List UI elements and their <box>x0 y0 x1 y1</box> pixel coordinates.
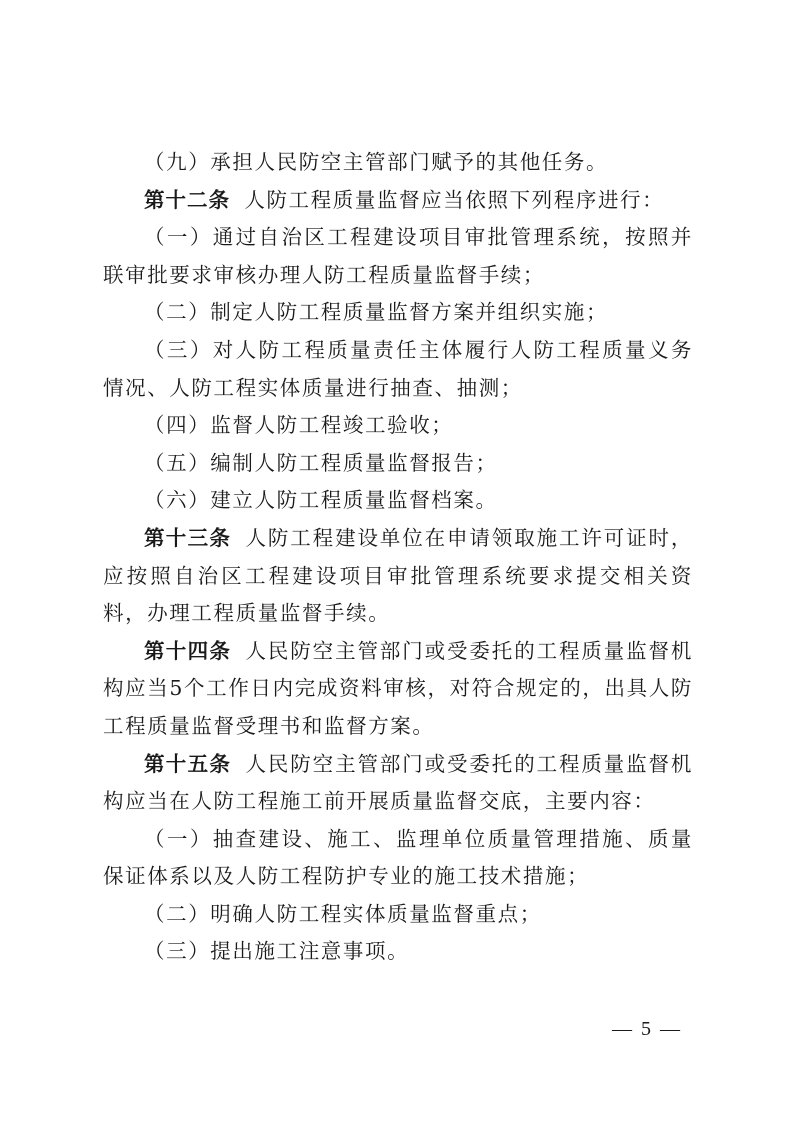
paragraph-item-6: （六）建立人防工程质量监督档案。 <box>103 482 693 520</box>
article-heading: 第十三条 <box>144 526 231 550</box>
article-heading: 第十二条 <box>144 188 230 212</box>
paragraph-item-2: （二）制定人防工程质量监督方案并组织实施； <box>103 294 693 332</box>
document-body: （九）承担人民防空主管部门赋予的其他任务。 第十二条人防工程质量监督应当依照下列… <box>103 144 693 971</box>
paragraph-item-9: （九）承担人民防空主管部门赋予的其他任务。 <box>103 144 693 182</box>
paragraph-item-4: （四）监督人防工程竣工验收； <box>103 407 693 445</box>
article-14: 第十四条人民防空主管部门或受委托的工程质量监督机构应当5个工作日内完成资料审核，… <box>103 633 693 746</box>
paragraph-text: （六）建立人防工程质量监督档案。 <box>144 488 498 512</box>
paragraph-item-2: （二）明确人防工程实体质量监督重点； <box>103 896 693 934</box>
paragraph-text: （四）监督人防工程竣工验收； <box>144 413 453 437</box>
paragraph-item-1: （一）抽查建设、施工、监理单位质量管理措施、质量保证体系以及人防工程防护专业的施… <box>103 821 693 896</box>
paragraph-text: （二）制定人防工程质量监督方案并组织实施； <box>144 300 608 324</box>
paragraph-text: （三）对人防工程质量责任主体履行人防工程质量义务情况、人防工程实体质量进行抽查、… <box>103 338 693 400</box>
paragraph-item-3: （三）对人防工程质量责任主体履行人防工程质量义务情况、人防工程实体质量进行抽查、… <box>103 332 693 407</box>
paragraph-text: （五）编制人防工程质量监督报告； <box>144 451 498 475</box>
paragraph-item-1: （一）通过自治区工程建设项目审批管理系统，按照并联审批要求审核办理人防工程质量监… <box>103 219 693 294</box>
paragraph-text: （一）通过自治区工程建设项目审批管理系统，按照并联审批要求审核办理人防工程质量监… <box>103 225 693 287</box>
article-15: 第十五条人民防空主管部门或受委托的工程质量监督机构应当在人防工程施工前开展质量监… <box>103 746 693 821</box>
paragraph-item-5: （五）编制人防工程质量监督报告； <box>103 445 693 483</box>
article-12: 第十二条人防工程质量监督应当依照下列程序进行： <box>103 182 693 220</box>
paragraph-text: （三）提出施工注意事项。 <box>144 939 409 963</box>
paragraph-text: （二）明确人防工程实体质量监督重点； <box>144 902 542 926</box>
paragraph-text: （九）承担人民防空主管部门赋予的其他任务。 <box>144 150 608 174</box>
article-heading: 第十四条 <box>144 639 231 663</box>
paragraph-text: 人防工程质量监督应当依照下列程序进行： <box>244 188 664 212</box>
article-13: 第十三条人防工程建设单位在申请领取施工许可证时，应按照自治区工程建设项目审批管理… <box>103 520 693 633</box>
article-heading: 第十五条 <box>144 752 231 776</box>
paragraph-item-3: （三）提出施工注意事项。 <box>103 933 693 971</box>
page-number: — 5 — <box>612 1018 682 1041</box>
paragraph-text: （一）抽查建设、施工、监理单位质量管理措施、质量保证体系以及人防工程防护专业的施… <box>103 827 693 889</box>
